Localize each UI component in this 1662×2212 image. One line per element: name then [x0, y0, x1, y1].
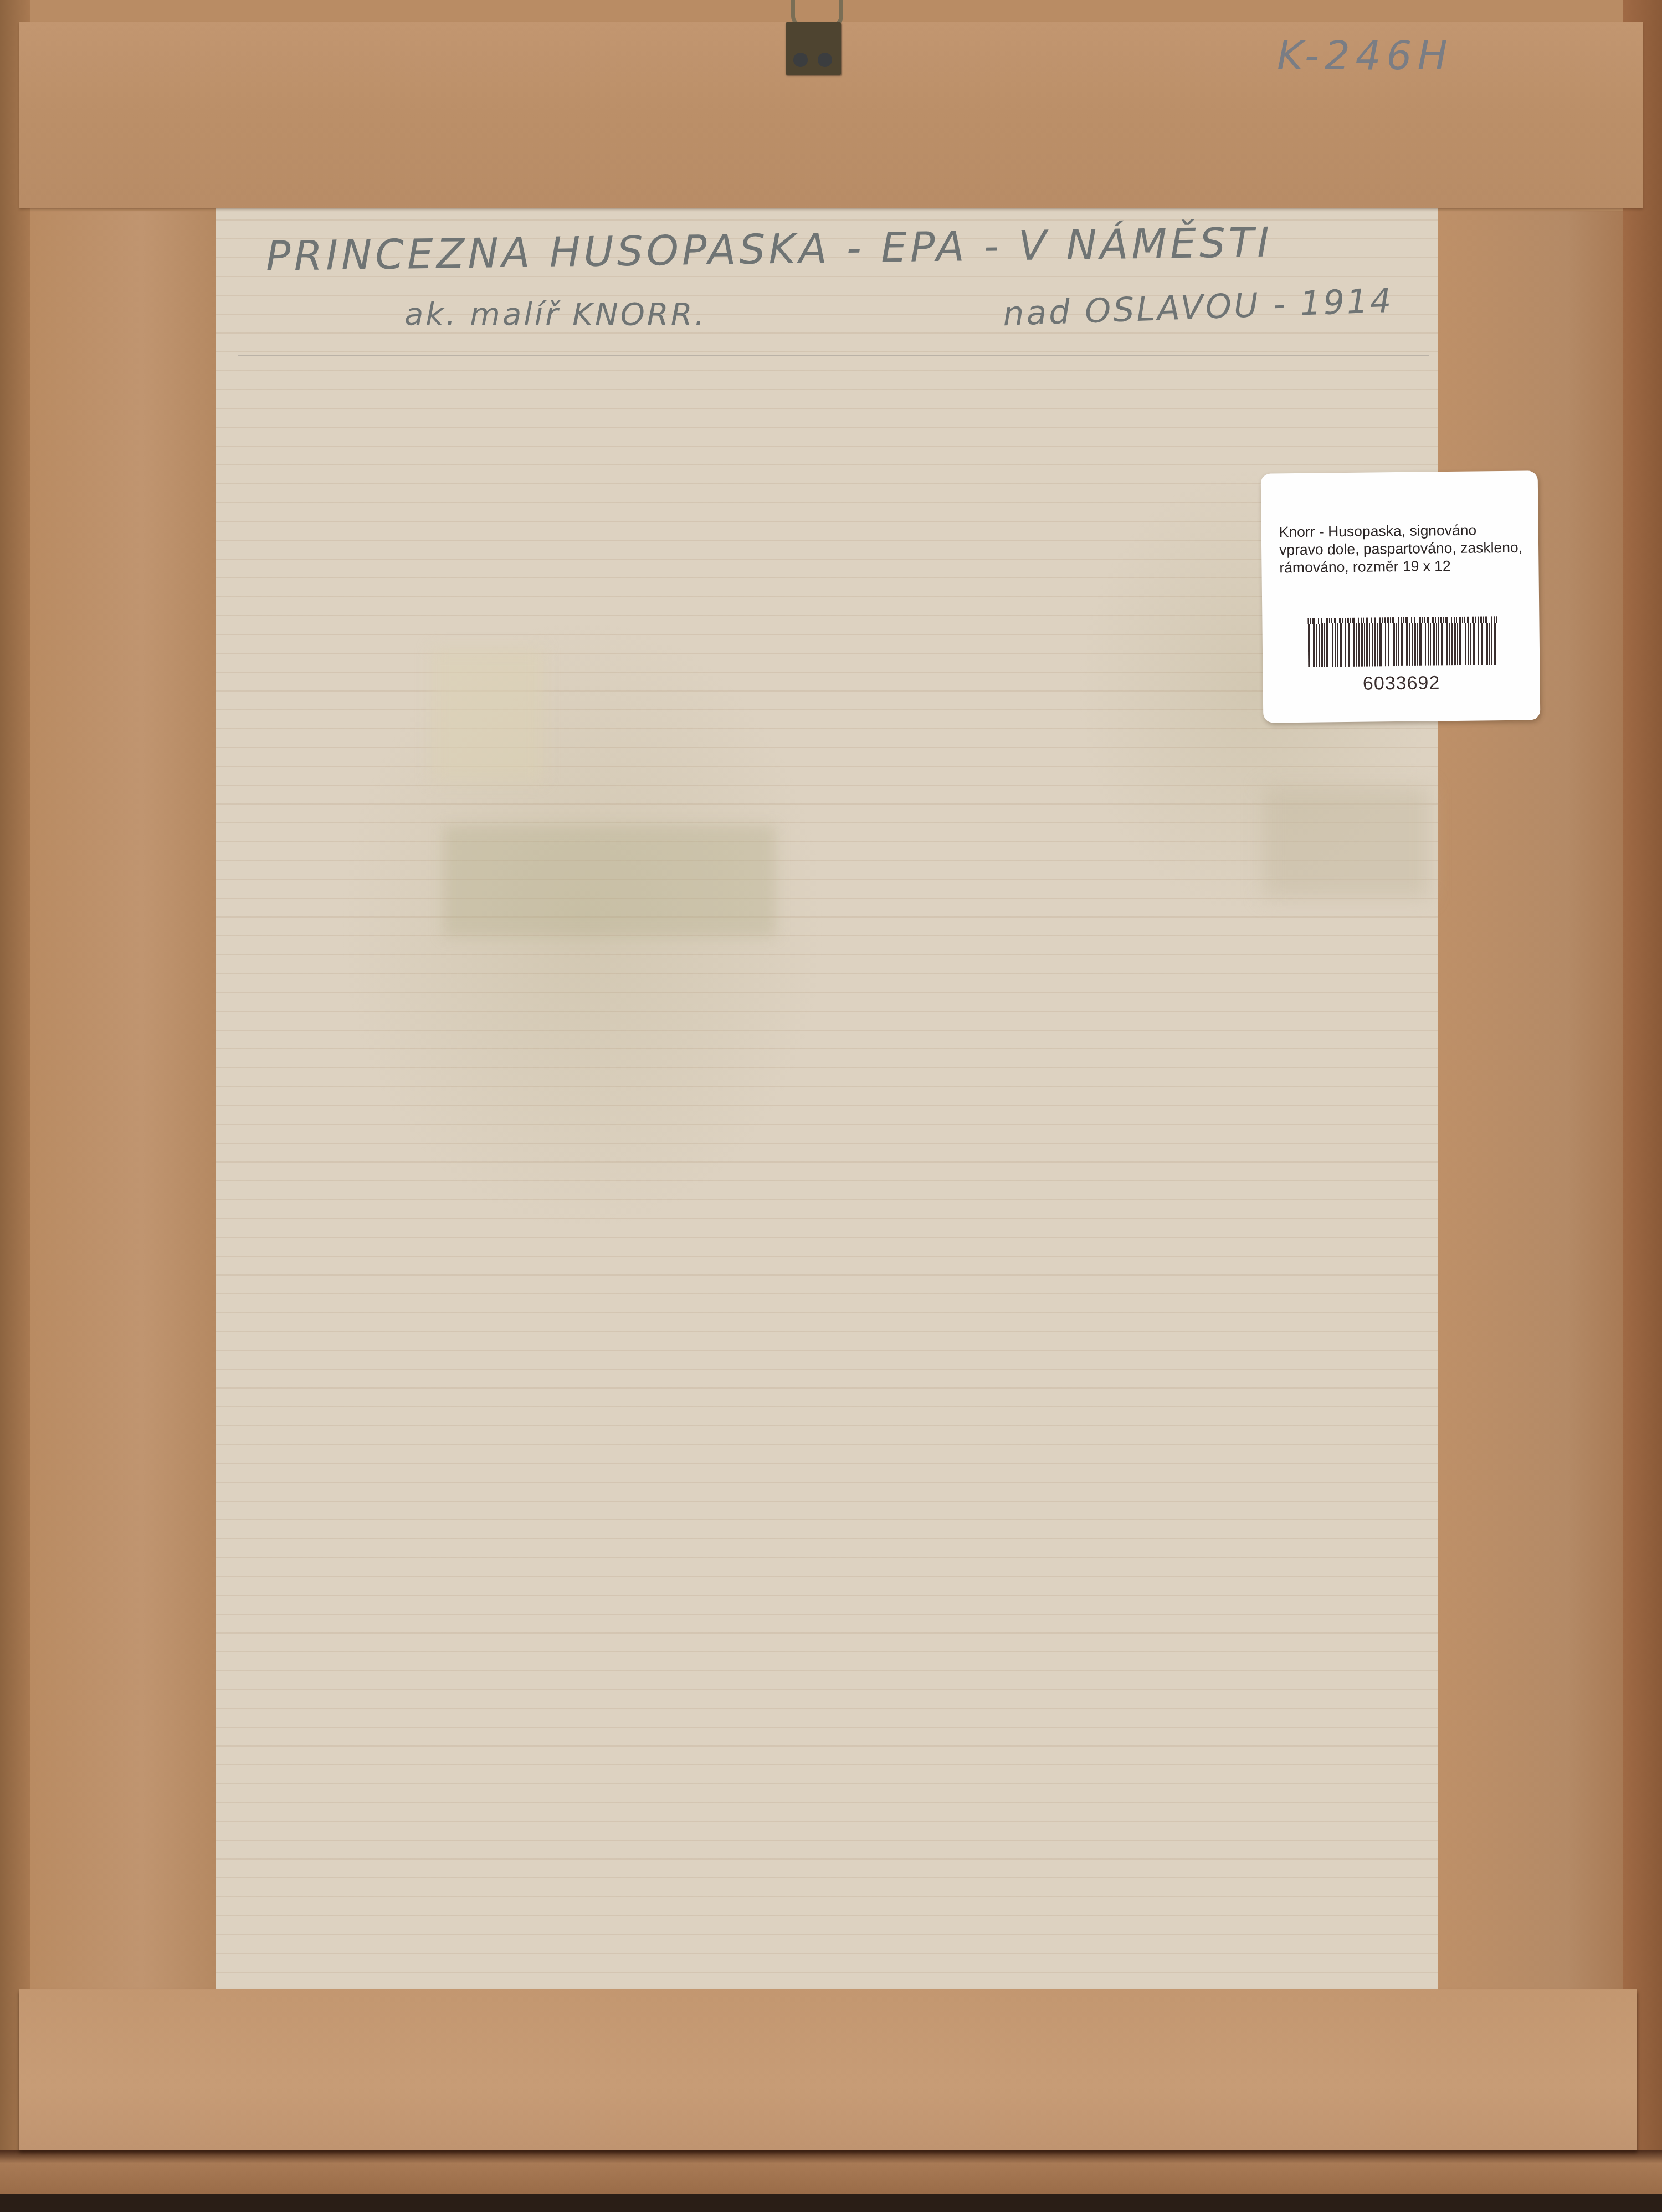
frame-edge-bottom [0, 2150, 1662, 2194]
label-description: Knorr - Husopaska, signováno vpravo dole… [1279, 521, 1524, 577]
kraft-tape-left [30, 211, 216, 2011]
frame-edge-right [1623, 0, 1662, 2194]
nail-icon [793, 53, 808, 67]
backing-paper [216, 208, 1438, 2000]
inventory-mark: K-246H [1277, 32, 1453, 79]
hanger-hook-icon [786, 0, 841, 78]
frame-edge-left [0, 0, 30, 2194]
pencil-rule-line [238, 355, 1429, 356]
kraft-tape-bottom [19, 1989, 1637, 2150]
pencil-inscription-artist: ak. malíř KNORR. [404, 296, 706, 332]
paper-smudge [443, 826, 776, 936]
auction-label: Knorr - Husopaska, signováno vpravo dole… [1261, 470, 1541, 723]
nail-icon [818, 53, 832, 67]
barcode-number: 6033692 [1263, 671, 1540, 695]
hanger-plate [786, 22, 841, 75]
barcode-icon [1307, 616, 1499, 667]
paper-smudge [1263, 787, 1429, 898]
paper-smudge [432, 648, 543, 781]
